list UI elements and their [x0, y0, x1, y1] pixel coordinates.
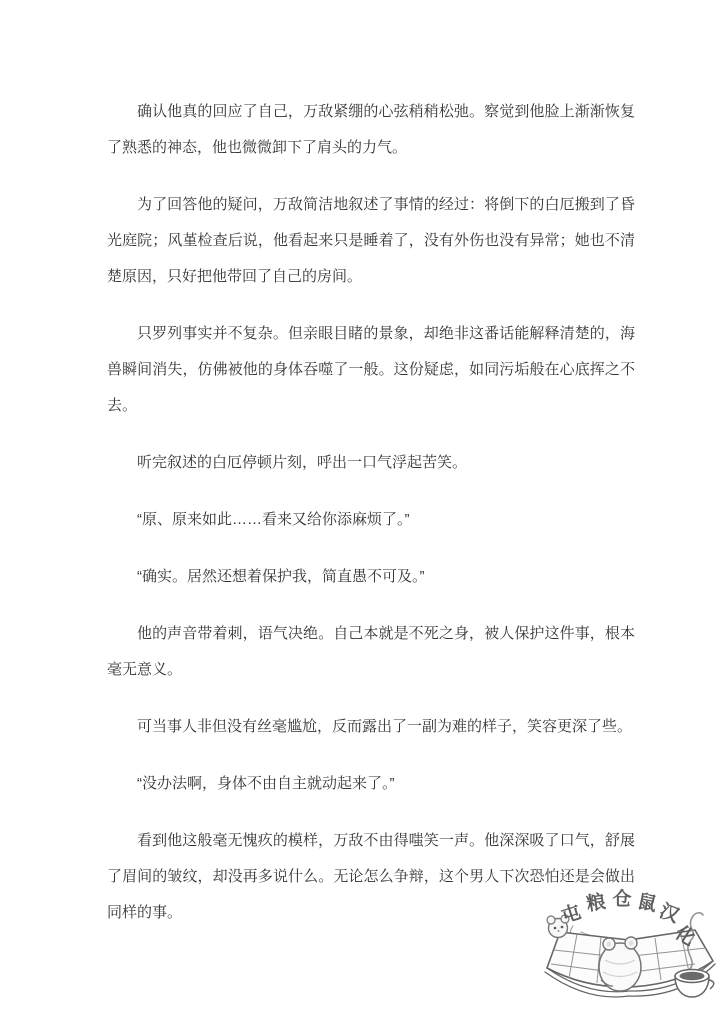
- watermark-char: 汉: [656, 900, 683, 928]
- watermark-illustration: 屯 粮 仓 鼠 汉 化: [543, 888, 720, 1012]
- text-body: 确认他真的回应了自己，万敌紧绷的心弦稍稍松弛。察觉到他脸上渐渐恢复了熟悉的神态，…: [107, 0, 635, 952]
- watermark-char: 粮: [585, 890, 607, 916]
- watermark-char: 仓: [612, 888, 631, 910]
- hamster-icon: [599, 937, 641, 991]
- paragraph: 他的声音带着刺，语气决绝。自己本就是不死之身，被人保护这件事，根本毫无意义。: [107, 616, 635, 688]
- teacup-icon: [675, 970, 714, 998]
- paragraph: 只罗列事实并不复杂。但亲眼目睹的景象，却绝非这番话能解释清楚的，海兽瞬间消失，仿…: [107, 316, 635, 424]
- paragraph-dialogue: “没办法啊，身体不由自主就动起来了。”: [107, 766, 635, 802]
- watermark-char: 鼠: [636, 890, 659, 916]
- paragraph: 听完叙述的白厄停顿片刻，呼出一口气浮起苦笑。: [107, 445, 635, 481]
- paragraph-dialogue: “原、原来如此……看来又给你添麻烦了。”: [107, 502, 635, 538]
- translation-group-watermark: 屯 粮 仓 鼠 汉 化: [543, 888, 720, 1012]
- paragraph-dialogue: “确实。居然还想着保护我，简直愚不可及。”: [107, 559, 635, 595]
- paragraph: 为了回答他的疑问，万敌简洁地叙述了事情的经过：将倒下的白厄搬到了昏光庭院；风堇检…: [107, 187, 635, 295]
- paragraph: 确认他真的回应了自己，万敌紧绷的心弦稍稍松弛。察觉到他脸上渐渐恢复了熟悉的神态，…: [107, 94, 635, 166]
- paragraph: 可当事人非但没有丝毫尴尬，反而露出了一副为难的样子，笑容更深了些。: [107, 709, 635, 745]
- document-page: 确认他真的回应了自己，万敌紧绷的心弦稍稍松弛。察觉到他脸上渐渐恢复了熟悉的神态，…: [0, 0, 720, 1014]
